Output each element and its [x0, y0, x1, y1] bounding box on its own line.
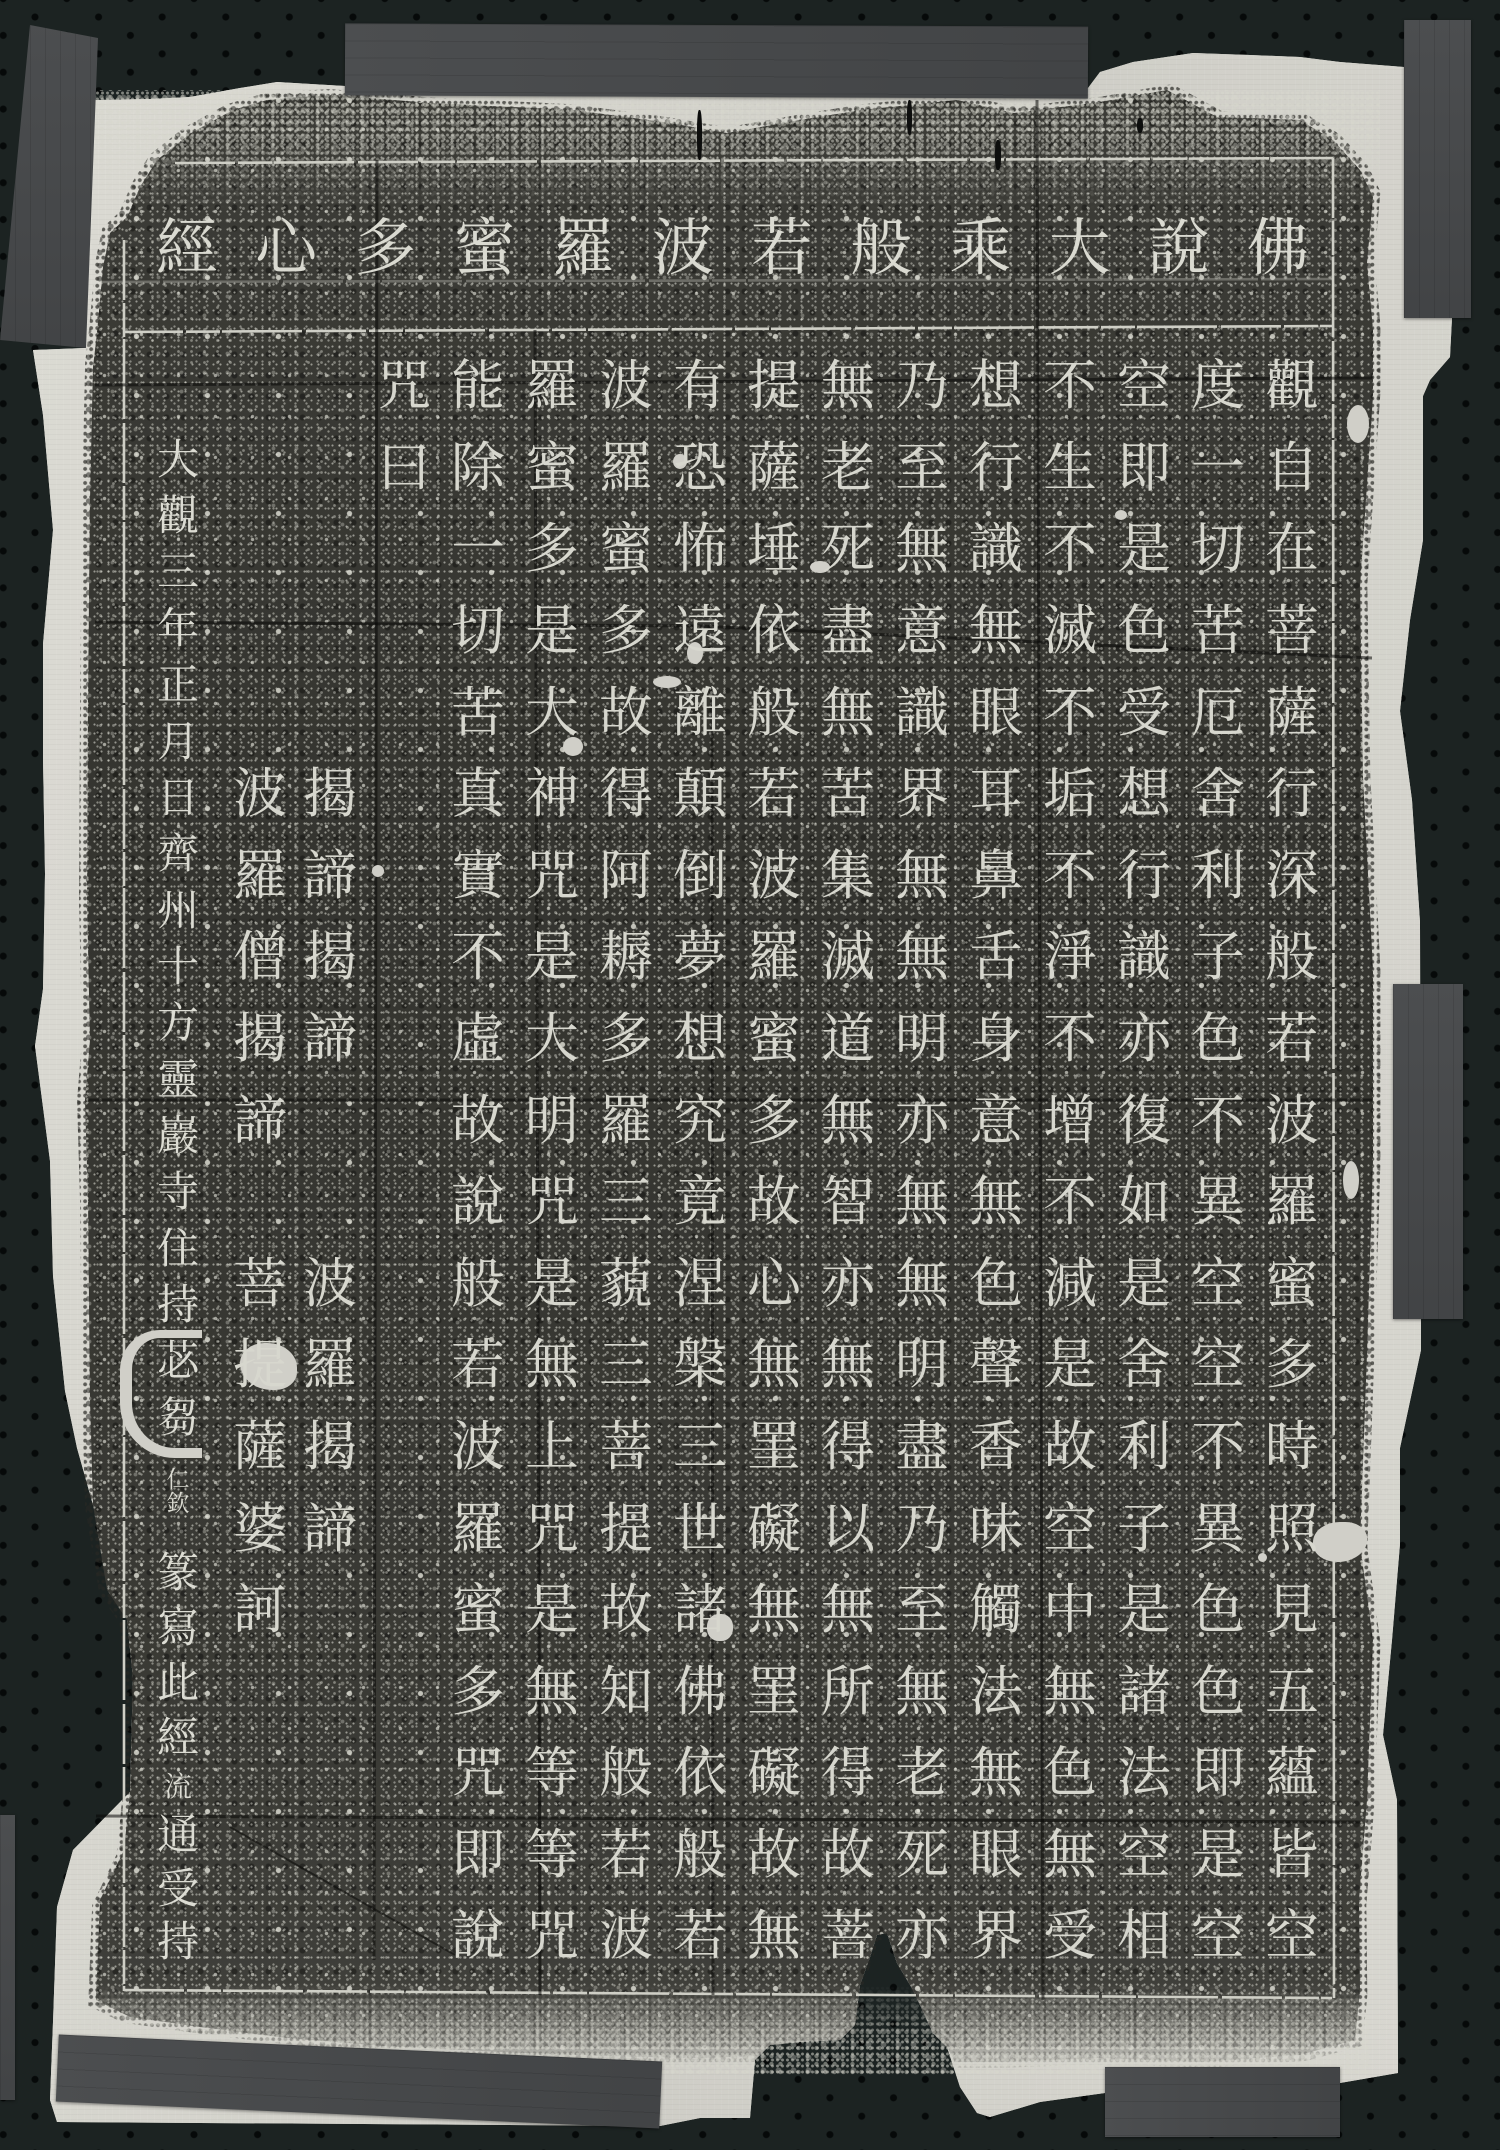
tape-top	[345, 23, 1088, 98]
title-char: 波	[633, 210, 732, 286]
sutra-column-8: 提薩埵依般若波羅蜜多故心無罣礙無罣礙故無	[743, 345, 805, 1977]
title-char: 說	[1129, 210, 1228, 286]
sutra-title: 佛 說 大 乘 般 若 波 羅 蜜 多 心 經	[137, 210, 1327, 286]
colophon-calligrapher-name: 仁欽	[165, 1468, 191, 1516]
sutra-column-9: 有恐怖遠離顛倒夢想究竟涅槃三世諸佛依般若	[669, 345, 731, 1977]
title-char: 心	[237, 210, 336, 286]
title-char: 經	[137, 210, 236, 286]
colophon-continued: 篆寫此經	[154, 1545, 202, 1765]
paper-crack	[995, 140, 1001, 170]
sutra-column-6: 乃至無意識界無無明亦無無明盡乃至無老死亦	[891, 345, 953, 1977]
sutra-column-1: 觀自在菩薩行深般若波羅蜜多時照見五蘊皆空	[1261, 345, 1323, 1977]
colophon-small-char: 流	[161, 1770, 195, 1804]
colophon-main: 大觀三年正月日齊州十方靈巖寺住持苾芻	[154, 432, 202, 1446]
sutra-column-5: 想行識無眼耳鼻舌身意無色聲香味觸法無眼界	[965, 345, 1027, 1977]
paper-crack	[697, 110, 702, 160]
ink-gap-spot	[372, 865, 384, 877]
mantra-column-b-lower: 菩提薩婆訶	[229, 1243, 291, 1651]
sutra-column-13: 咒曰	[373, 345, 435, 508]
paper-tear-spot	[1347, 405, 1369, 443]
paper-crack	[1137, 118, 1143, 133]
tape-top-right	[1404, 20, 1471, 318]
ink-top-band	[95, 90, 1380, 210]
tape-right-middle	[1393, 984, 1463, 1319]
title-char: 乘	[931, 210, 1030, 286]
title-char: 蜜	[435, 210, 534, 286]
title-char: 佛	[1228, 210, 1327, 286]
mantra-column-a-lower: 波羅揭諦	[299, 1243, 361, 1569]
paper-tear-spot	[1343, 1161, 1359, 1199]
colophon-end: 通受持	[154, 1808, 202, 1969]
sutra-column-7: 無老死盡無苦集滅道無智亦無得以無所得故菩	[817, 345, 879, 1977]
title-char: 般	[832, 210, 931, 286]
tape-bottom-right	[1105, 2067, 1340, 2137]
tape-top-left	[0, 20, 100, 355]
sutra-column-3: 空即是色受想行識亦復如是舍利子是諸法空相	[1113, 345, 1175, 1977]
title-char: 若	[732, 210, 831, 286]
sutra-column-12: 能除一切苦真實不虛故說般若波羅蜜多咒即說	[447, 345, 509, 1977]
title-char: 多	[336, 210, 435, 286]
mantra-column-b-upper: 波羅僧揭諦	[229, 753, 291, 1161]
mantra-column-a-upper: 揭諦揭諦	[299, 753, 361, 1079]
paper-crack	[907, 100, 912, 135]
sutra-column-4: 不生不滅不垢不淨不增不減是故空中無色無受	[1039, 345, 1101, 1977]
title-char: 羅	[534, 210, 633, 286]
sutra-column-2: 度一切苦厄舍利子色不異空空不異色色即是空	[1187, 345, 1249, 1977]
title-char: 大	[1030, 210, 1129, 286]
sutra-column-10: 波羅蜜多故得阿耨多羅三藐三菩提故知般若波	[595, 345, 657, 1977]
sutra-column-11: 羅蜜多是大神咒是大明咒是無上咒是無等等咒	[521, 345, 583, 1977]
tape-left-edge	[0, 1815, 15, 2100]
